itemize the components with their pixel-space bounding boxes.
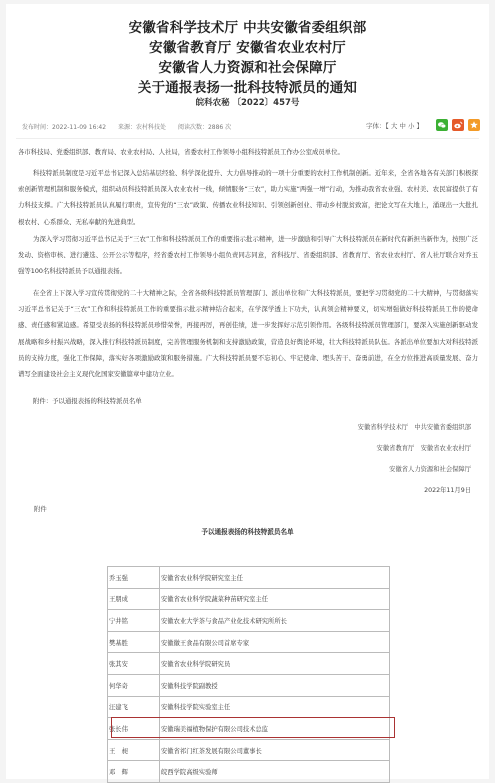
roster-table: 乔玉强安徽省农业科学院研究室主任 王朋成安徽省农业科学院蔬菜种苗研究室主任 宁井…: [107, 566, 390, 779]
signature-line-2: 安徽省教育厅 安徽省农业农村厅: [377, 443, 471, 452]
table-row: 王朋成安徽省农业科学院蔬菜种苗研究室主任: [108, 588, 390, 610]
weibo-icon: [452, 119, 464, 131]
document-page: 安徽省科学技术厅 中共安徽省委组织部 安徽省教育厅 安徽省农业农村厅 安徽省人力…: [6, 4, 489, 779]
font-size-switcher[interactable]: 字体：【 大 中 小 】: [366, 121, 423, 130]
body-paragraph-3: 在全省上下深入学习宣传贯彻党的二十大精神之际，全省各级科技特派员管理部门、派出单…: [18, 285, 478, 382]
header-divider: [16, 138, 479, 139]
signature-line-3: 安徽省人力资源和社会保障厅: [389, 464, 471, 473]
attachment-note: 附件：予以通报表扬的科技特派员名单: [18, 393, 478, 409]
person-name: 何华奇: [108, 674, 160, 696]
person-title: 安徽省农业科学院研究室主任: [160, 567, 390, 589]
table-row: 何华奇安徽科技学院副教授: [108, 674, 390, 696]
attachment-label: 附件: [34, 504, 47, 513]
body-paragraph-2: 为深入学习贯彻习近平总书记关于“三农”工作和科技特派员工作的重要指示批示精神，进…: [18, 231, 478, 280]
publish-time: 发布时间：2022-11-09 16:42: [22, 124, 106, 131]
star-icon: [468, 119, 480, 131]
person-title: 安徽省农业科学院研究员: [160, 653, 390, 675]
person-title: 安徽农业大学茶与食品产业化技术研究所所长: [160, 610, 390, 632]
person-name: 邓 辉: [108, 761, 160, 779]
favorite-button[interactable]: [468, 119, 480, 131]
table-row: 汪建飞安徽科技学院实验室主任: [108, 696, 390, 718]
table-row: 王 昶安徽省祁门红茶发展有限公司董事长: [108, 739, 390, 761]
source: 来源：农村科技处: [118, 124, 166, 131]
weibo-share-button[interactable]: [452, 119, 464, 131]
title-line-3: 安徽省人力资源和社会保障厅: [6, 58, 489, 78]
table-row: 樊基胜安徽徽王食品有限公司首席专家: [108, 631, 390, 653]
highlight-box: [111, 717, 395, 738]
person-name: 汪建飞: [108, 696, 160, 718]
person-name: 宁井铭: [108, 610, 160, 632]
title-line-4: 关于通报表扬一批科技特派员的通知: [6, 78, 489, 98]
title-line-2: 安徽省教育厅 安徽省农业农村厅: [6, 38, 489, 58]
title-line-1: 安徽省科学技术厅 中共安徽省委组织部: [6, 18, 489, 38]
person-name: 乔玉强: [108, 567, 160, 589]
article-meta: 发布时间：2022-11-09 16:42 来源：农村科技处 阅读次数：2886…: [22, 122, 241, 131]
person-title: 皖西学院高级实验师: [160, 761, 390, 779]
document-title: 安徽省科学技术厅 中共安徽省委组织部 安徽省教育厅 安徽省农业农村厅 安徽省人力…: [6, 18, 489, 98]
table-row: 邓 辉皖西学院高级实验师: [108, 761, 390, 779]
person-title: 安徽省农业科学院蔬菜种苗研究室主任: [160, 588, 390, 610]
person-name: 王 昶: [108, 739, 160, 761]
wechat-share-button[interactable]: [436, 119, 448, 131]
view-count: 阅读次数：2886 次: [178, 124, 231, 131]
table-row: 张其安安徽省农业科学院研究员: [108, 653, 390, 675]
table-row: 宁井铭安徽农业大学茶与食品产业化技术研究所所长: [108, 610, 390, 632]
person-title: 安徽省祁门红茶发展有限公司董事长: [160, 739, 390, 761]
person-name: 王朋成: [108, 588, 160, 610]
roster-table-title: 予以通报表扬的科技特派员名单: [6, 526, 489, 536]
person-name: 樊基胜: [108, 631, 160, 653]
wechat-icon: [436, 119, 448, 131]
recipients: 各市科技局、党委组织部、教育局、农业农村局、人社局，省委农村工作领导小组科技特派…: [18, 144, 478, 160]
document-number: 皖科农秘 〔2022〕457号: [6, 96, 489, 108]
person-name: 张其安: [108, 653, 160, 675]
signature-line-1: 安徽省科学技术厅 中共安徽省委组织部: [358, 422, 471, 431]
signature-date: 2022年11月9日: [424, 485, 471, 494]
person-title: 安徽科技学院副教授: [160, 674, 390, 696]
person-title: 安徽徽王食品有限公司首席专家: [160, 631, 390, 653]
table-row: 乔玉强安徽省农业科学院研究室主任: [108, 567, 390, 589]
body-paragraph-1: 科技特派员制度是习近平总书记深入总结基层经验、科学深化提升、大力倡导推动的一项十…: [18, 165, 478, 230]
person-title: 安徽科技学院实验室主任: [160, 696, 390, 718]
